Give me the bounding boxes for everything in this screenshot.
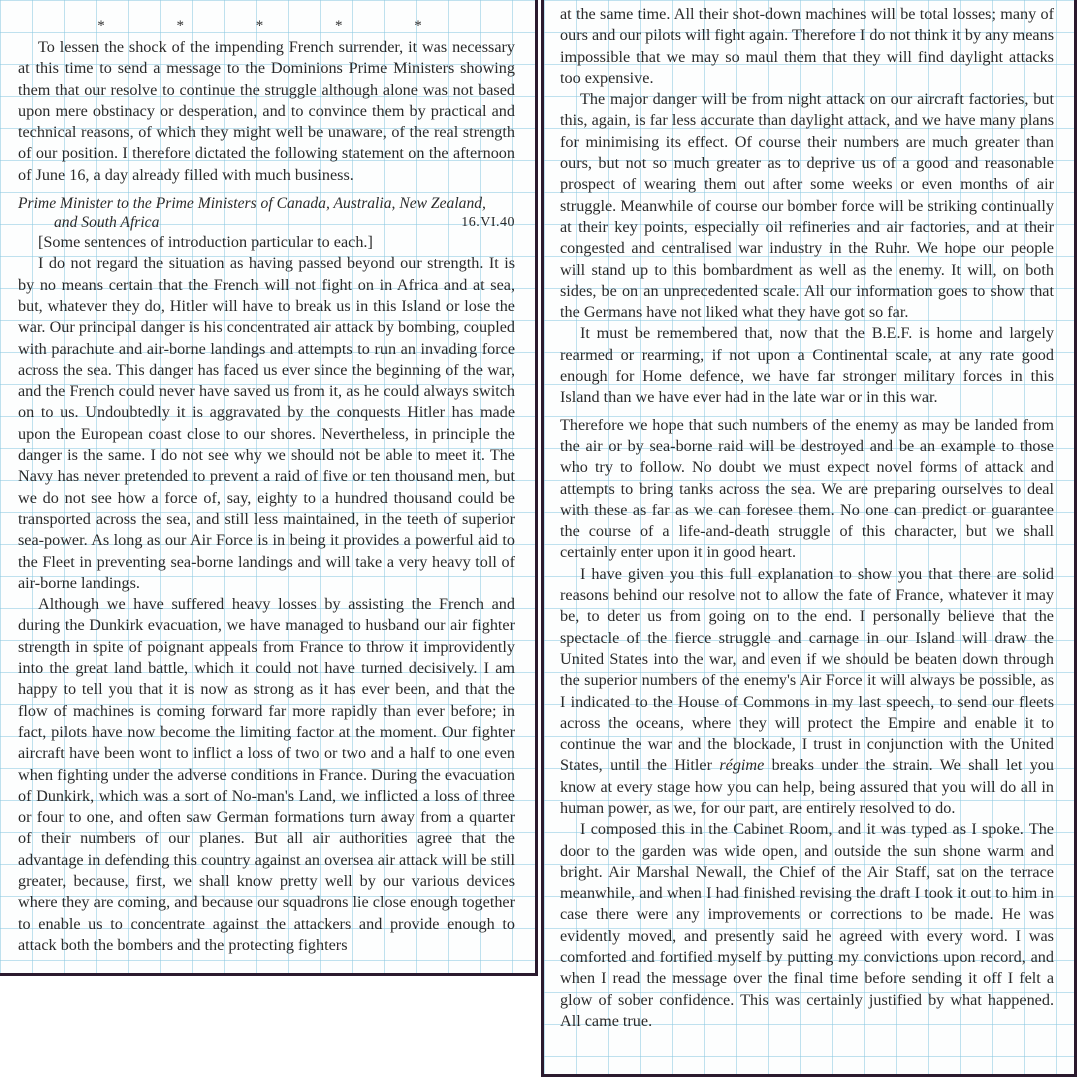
message-heading: Prime Minister to the Prime Ministers of…: [18, 194, 515, 232]
body-paragraph: Although we have suffered heavy losses b…: [18, 594, 515, 956]
final-message-italic: régime: [719, 756, 764, 774]
message-heading-line2: and South Africa: [54, 213, 159, 232]
right-page: at the same time. All their shot-down ma…: [541, 0, 1077, 1077]
continued-paragraph: Therefore we hope that such numbers of t…: [560, 415, 1054, 564]
final-message-text-a: I have given you this full explanation t…: [560, 565, 1054, 775]
closing-paragraph: I composed this in the Cabinet Room, and…: [560, 819, 1054, 1032]
body-paragraph: It must be remembered that, now that the…: [560, 323, 1054, 408]
body-paragraph: I do not regard the situation as having …: [18, 253, 515, 594]
bracket-note: [Some sentences of introduction particul…: [18, 232, 515, 253]
left-page: * * * * * To lessen the shock of the imp…: [0, 0, 538, 976]
body-paragraph: The major danger will be from night atta…: [560, 89, 1054, 323]
message-heading-line1: Prime Minister to the Prime Ministers of…: [18, 194, 515, 213]
body-paragraph-final-message: I have given you this full explanation t…: [560, 564, 1054, 820]
intro-paragraph: To lessen the shock of the impending Fre…: [18, 37, 515, 186]
continued-paragraph: at the same time. All their shot-down ma…: [560, 4, 1054, 89]
section-separator: * * * * *: [38, 18, 515, 35]
message-date: 16.VI.40: [461, 213, 515, 232]
